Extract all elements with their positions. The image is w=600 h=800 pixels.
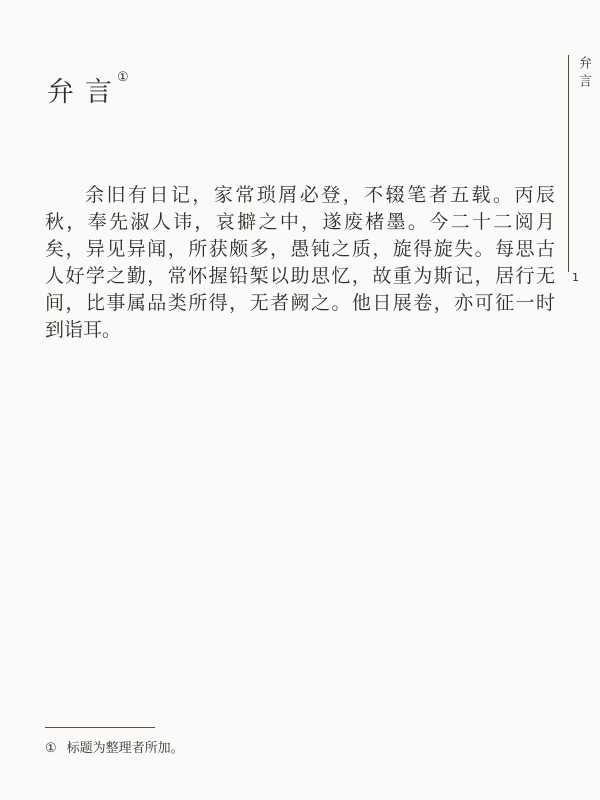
body-line: 间，比事属品类所得，无者阙之。他日展卷，亦可征一时 (45, 290, 555, 317)
page-title: 弁言① (47, 70, 135, 109)
margin-divider-rule (568, 55, 569, 272)
page-number: 1 (572, 271, 579, 284)
body-line: 秋，奉先淑人讳，哀擗之中，遂废楮墨。今二十二阅月 (45, 209, 555, 236)
footnote-divider-rule (45, 727, 155, 728)
footnote-text: 标题为整理者所加。 (67, 741, 184, 756)
body-line: 余旧有日记，家常琐屑必登，不辍笔者五载。丙辰 (45, 182, 555, 209)
body-line: 到诣耳。 (45, 317, 555, 344)
page-title-text: 弁言 (47, 77, 123, 108)
title-footnote-marker: ① (117, 70, 129, 85)
book-page: 弁言① 余旧有日记，家常琐屑必登，不辍笔者五载。丙辰 秋，奉先淑人讳，哀擗之中，… (0, 0, 600, 800)
body-line: 人好学之勤，常怀握铅椠以助思忆，故重为斯记，居行无 (45, 263, 555, 290)
body-line: 矣，异见异闻，所获颇多，愚钝之质，旋得旋失。每思古 (45, 236, 555, 263)
running-head: 弁言 (574, 56, 593, 92)
footnote: ①标题为整理者所加。 (45, 740, 184, 758)
body-paragraph: 余旧有日记，家常琐屑必登，不辍笔者五载。丙辰 秋，奉先淑人讳，哀擗之中，遂废楮墨… (45, 182, 555, 344)
footnote-marker: ① (45, 741, 57, 756)
